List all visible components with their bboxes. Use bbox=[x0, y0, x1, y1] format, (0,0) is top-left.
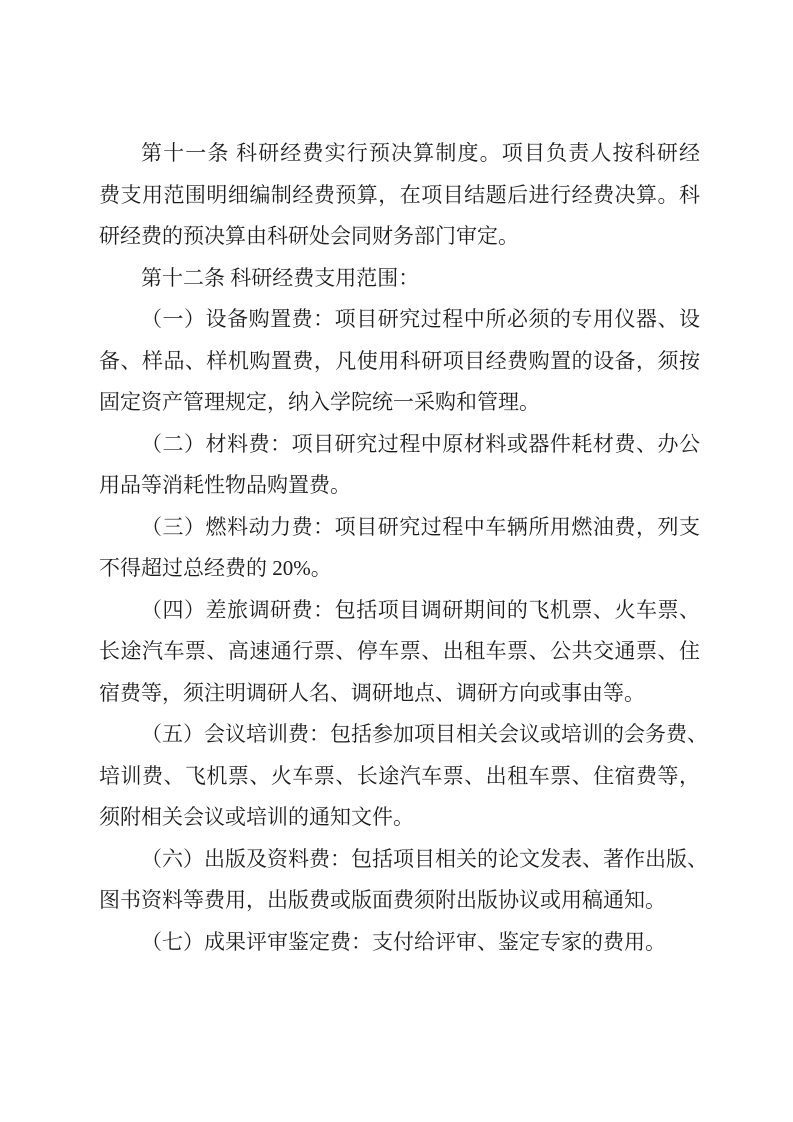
text-line: 长途汽车票、高速通行票、停车票、出租车票、公共交通票、住 bbox=[99, 631, 700, 673]
text-line: 图书资料等费用，出版费或版面费须附出版协议或用稿通知。 bbox=[99, 880, 700, 922]
paragraph-article-12-heading: 第十二条 科研经费支用范围： bbox=[99, 258, 700, 300]
text-line: （二）材料费：项目研究过程中原材料或器件耗材费、办公 bbox=[99, 424, 700, 466]
paragraph-item-3-fuel-power: （三）燃料动力费：项目研究过程中车辆所用燃油费，列支 不得超过总经费的 20%。 bbox=[99, 507, 700, 590]
text-line: 不得超过总经费的 20%。 bbox=[99, 548, 700, 590]
document-page: 第十一条 科研经费实行预决算制度。项目负责人按科研经 费支用范围明细编制经费预算… bbox=[0, 0, 793, 1122]
text-line: 固定资产管理规定，纳入学院统一采购和管理。 bbox=[99, 382, 700, 424]
text-line: 宿费等，须注明调研人名、调研地点、调研方向或事由等。 bbox=[99, 673, 700, 715]
text-line: 第十二条 科研经费支用范围： bbox=[99, 258, 700, 300]
paragraph-item-7-review-appraisal: （七）成果评审鉴定费：支付给评审、鉴定专家的费用。 bbox=[99, 922, 700, 964]
text-line: 须附相关会议或培训的通知文件。 bbox=[99, 797, 700, 839]
text-line: （七）成果评审鉴定费：支付给评审、鉴定专家的费用。 bbox=[99, 922, 700, 964]
text-line: （一）设备购置费：项目研究过程中所必须的专用仪器、设 bbox=[99, 299, 700, 341]
text-line: 备、样品、样机购置费，凡使用科研项目经费购置的设备，须按 bbox=[99, 341, 700, 383]
paragraph-article-11: 第十一条 科研经费实行预决算制度。项目负责人按科研经 费支用范围明细编制经费预算… bbox=[99, 133, 700, 258]
text-line: （三）燃料动力费：项目研究过程中车辆所用燃油费，列支 bbox=[99, 507, 700, 549]
paragraph-item-2-materials: （二）材料费：项目研究过程中原材料或器件耗材费、办公 用品等消耗性物品购置费。 bbox=[99, 424, 700, 507]
text-line: （五）会议培训费：包括参加项目相关会议或培训的会务费、 bbox=[99, 714, 700, 756]
document-body: 第十一条 科研经费实行预决算制度。项目负责人按科研经 费支用范围明细编制经费预算… bbox=[99, 133, 700, 963]
paragraph-item-1-equipment: （一）设备购置费：项目研究过程中所必须的专用仪器、设 备、样品、样机购置费，凡使… bbox=[99, 299, 700, 424]
paragraph-item-6-publication-data: （六）出版及资料费：包括项目相关的论文发表、著作出版、 图书资料等费用，出版费或… bbox=[99, 839, 700, 922]
text-line: （六）出版及资料费：包括项目相关的论文发表、著作出版、 bbox=[99, 839, 700, 881]
text-line: 研经费的预决算由科研处会同财务部门审定。 bbox=[99, 216, 700, 258]
paragraph-item-5-meeting-training: （五）会议培训费：包括参加项目相关会议或培训的会务费、 培训费、飞机票、火车票、… bbox=[99, 714, 700, 839]
text-line: 第十一条 科研经费实行预决算制度。项目负责人按科研经 bbox=[99, 133, 700, 175]
text-line: （四）差旅调研费：包括项目调研期间的飞机票、火车票、 bbox=[99, 590, 700, 632]
text-line: 培训费、飞机票、火车票、长途汽车票、出租车票、住宿费等， bbox=[99, 756, 700, 798]
text-line: 用品等消耗性物品购置费。 bbox=[99, 465, 700, 507]
paragraph-item-4-travel-research: （四）差旅调研费：包括项目调研期间的飞机票、火车票、 长途汽车票、高速通行票、停… bbox=[99, 590, 700, 715]
text-line: 费支用范围明细编制经费预算，在项目结题后进行经费决算。科 bbox=[99, 175, 700, 217]
